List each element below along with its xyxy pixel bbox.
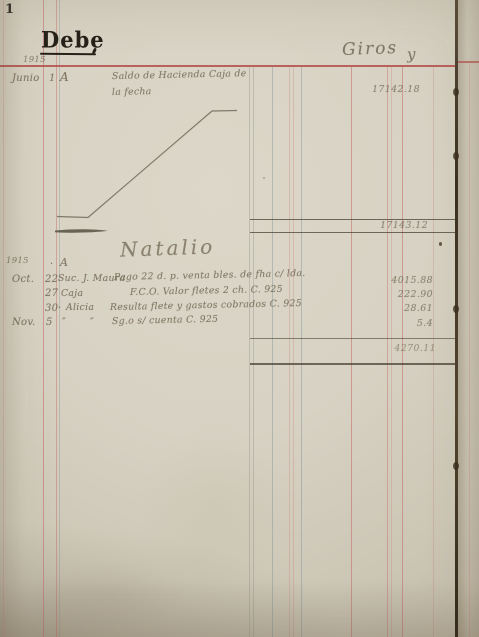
ink-speck bbox=[439, 242, 442, 246]
account-total: 4270.11 bbox=[353, 343, 436, 354]
binding-stitch bbox=[453, 462, 459, 470]
dot-mark: · bbox=[58, 303, 61, 314]
entry-day: 27 bbox=[45, 288, 58, 299]
entry-month: Oct. bbox=[12, 274, 34, 285]
vertical-rule bbox=[56, 0, 57, 637]
entry-amount: 4015.88 bbox=[350, 275, 433, 286]
page-number: 1 bbox=[5, 2, 14, 17]
entry-description: Resulta flete y gastos cobrados C. 925 bbox=[110, 298, 302, 313]
entry-month: Nov. bbox=[12, 317, 36, 328]
entry-folio-ref: A bbox=[60, 70, 69, 84]
entry-day: 22 bbox=[45, 274, 58, 285]
vertical-rule bbox=[293, 67, 294, 637]
ditto-mark: ″ bbox=[90, 317, 94, 328]
binding-stitch bbox=[453, 88, 459, 96]
vertical-rule bbox=[301, 67, 302, 637]
account-name: Natalio bbox=[120, 234, 216, 261]
entry-description: Pago 22 d. p. venta bles. de fha c/ lda. bbox=[114, 268, 306, 283]
entry-description: F.C.O. Valor fletes 2 ch. C. 925 bbox=[130, 284, 283, 298]
entry-party: Caja bbox=[61, 288, 83, 299]
entry-description-line2: la fecha bbox=[112, 86, 152, 98]
total-rule-bottom bbox=[250, 232, 456, 233]
vertical-rule bbox=[289, 67, 290, 637]
account-year: 1915 bbox=[6, 256, 29, 266]
vertical-rule bbox=[43, 0, 44, 637]
binding-stitch bbox=[453, 152, 459, 160]
entry-amount: 28.61 bbox=[350, 303, 433, 314]
vertical-rule bbox=[3, 0, 4, 637]
vertical-rule bbox=[59, 0, 60, 637]
opening-total: 17143.12 bbox=[348, 220, 428, 231]
vertical-rule bbox=[469, 62, 470, 637]
entry-amount: 5.4 bbox=[350, 318, 433, 329]
vertical-rule bbox=[351, 67, 352, 637]
entry-day: 5 bbox=[46, 317, 53, 328]
handwritten-heading-y: y bbox=[407, 45, 417, 63]
header-red-rule bbox=[0, 65, 456, 67]
account-folio-ref: A bbox=[60, 256, 68, 269]
entry-day: 1 bbox=[49, 73, 56, 84]
entry-description: Sg.o s/ cuenta C. 925 bbox=[112, 314, 219, 327]
handwritten-heading-giros: Giros bbox=[342, 38, 399, 60]
entry-month: Junio bbox=[12, 73, 40, 84]
entry-amount: 222.90 bbox=[350, 289, 433, 300]
total-rule-bottom bbox=[250, 363, 456, 365]
dot-mark: · bbox=[50, 259, 53, 270]
entry-day: 30 bbox=[45, 303, 58, 314]
printed-title-underline bbox=[40, 53, 96, 56]
ditto-mark: ″ bbox=[62, 317, 66, 328]
paper-speck bbox=[263, 177, 265, 179]
paper-stain bbox=[30, 560, 190, 630]
entry-amount: 17142.18 bbox=[340, 84, 420, 95]
entry-description-line1: Saldo de Hacienda Caja de bbox=[112, 68, 247, 82]
entry-party: Alicia bbox=[66, 302, 94, 313]
ledger-page: 1 Debe Giros y 1915 Junio 1 A Saldo de H… bbox=[0, 0, 479, 637]
binding-stitch bbox=[453, 305, 459, 313]
opening-year: 1915 bbox=[23, 55, 46, 65]
total-rule-top bbox=[250, 338, 456, 339]
